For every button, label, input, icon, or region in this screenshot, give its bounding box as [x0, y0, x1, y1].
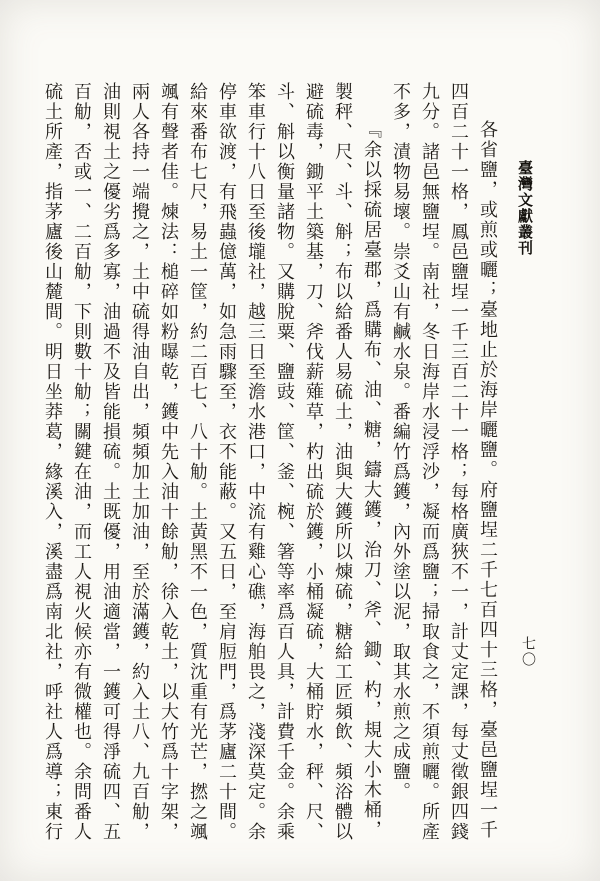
text-column: 九分。諸邑無鹽埕。南社，冬日海岸水浸浮沙，凝而爲鹽；掃取食之，不須煎曬。所產: [415, 82, 444, 846]
text-column: 油則視土之優劣爲多寡，油過不及皆能損硫。土既優，用油適當，一鑊可得淨硫四、五: [96, 82, 125, 846]
text-column: 四百二十一格，鳳邑鹽埕一千三百二十一格；每格廣狹不一，計丈定課，每丈徵銀四錢: [444, 82, 473, 846]
text-column: 斗、斛以衡量諸物。又購脫粟、鹽豉、筐、釜、椀、箸等率爲百人具，計費千金。余乘: [270, 82, 299, 846]
text-column: 不多，漬物易壞。崇爻山有鹹水泉。番編竹爲鑊，內外塗以泥，取其水煎之成鹽。: [386, 82, 415, 846]
text-column: 停車欲渡，有飛蟲億萬，如急雨驟至，衣不能蔽。又五日，至肩脰門，爲茅廬二十間。: [212, 82, 241, 846]
text-column: 避硫毒，鋤平土築基，刀、斧伐薪薙草，杓出硫於鑊，小桶凝硫，大桶貯水，秤、尺、: [299, 82, 328, 846]
text-column: 颯有聲者佳。煉法：槌碎如粉曝乾，鑊中先入油十餘觔，徐入乾土，以大竹爲十字架，: [154, 82, 183, 846]
text-column: 『余以採硫居臺郡，爲購布、油、糖，鑄大鑊，治刀、斧、鋤、杓，規大小木桶，: [357, 82, 386, 846]
text-column: 笨車行十八日至後壠社，越三日至澹水港口，中流有雞心礁，海舶畏之，淺深莫定。余: [241, 82, 270, 846]
text-column: 給來番布七尺，易土一筐，約二百七、八十觔。土黃黑不一色，質沈重有光芒，撚之颯: [183, 82, 212, 846]
body-text: 各省鹽，或煎或曬；臺地止於海岸曬鹽。府鹽埕二千七百四十三格，臺邑鹽埕一千 四百二…: [38, 82, 502, 846]
text-column: 各省鹽，或煎或曬；臺地止於海岸曬鹽。府鹽埕二千七百四十三格，臺邑鹽埕一千: [473, 82, 502, 846]
text-column: 兩人各持一端攪之，土中硫得油自出，頻頻加土加油，至於滿鑊，約入土八、九百觔，: [125, 82, 154, 846]
text-column: 硫土所產，指茅廬後山麓間。明日坐莽葛，緣溪入，溪盡爲南北社，呼社人爲導；東行: [38, 82, 67, 846]
page-number: 七〇: [518, 636, 538, 668]
text-column: 製秤、尺、斗、斛；布以給番人易硫土，油與大鑊所以煉硫，糖給工匠頻飲、頻浴體以: [328, 82, 357, 846]
text-column: 百觔，否或一、二百觔，下則數十觔；關鍵在油，而工人視火候亦有微權也。余問番人: [67, 82, 96, 846]
scanned-book-page: { "page": { "series_header": "臺灣文獻叢刊", "…: [0, 0, 600, 881]
series-header: 臺灣文獻叢刊: [515, 160, 536, 256]
